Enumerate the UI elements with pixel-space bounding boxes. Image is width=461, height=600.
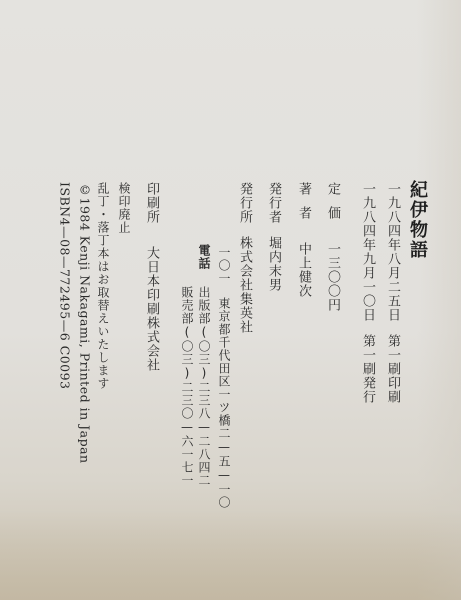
- publisher-name: 株式会社集英社: [237, 236, 252, 334]
- phone-editorial-label: 出版部: [197, 286, 211, 325]
- price-line: 定価一三〇〇円: [326, 182, 339, 312]
- first-print-date: 一九八四年八月二五日: [385, 182, 400, 322]
- author-label: 著者: [297, 182, 310, 230]
- publisher-label: 発行所: [237, 182, 252, 224]
- issuer-label: 発行者: [266, 182, 281, 224]
- printer-line: 印刷所大日本印刷株式会社: [145, 182, 158, 372]
- phone-editorial-number: (〇三)二三八—二八四二: [197, 325, 211, 487]
- publisher-line: 発行所株式会社集英社: [238, 182, 251, 334]
- phone-sales-label: 販売部: [180, 286, 194, 325]
- page-bottom-shadow: [0, 510, 461, 600]
- issuer-name: 堀内末男: [266, 236, 281, 292]
- copyright-notice: ©1984 Kenji Nakagami, Printed in Japan: [78, 182, 91, 464]
- issuer-line: 発行者堀内末男: [267, 182, 280, 292]
- phone-sales-number: (〇三)二三〇—六一七一: [180, 325, 194, 487]
- first-issue-label: 第一刷発行: [360, 334, 375, 404]
- author-name: 中上健次: [296, 242, 311, 298]
- first-issue-line: 一九八四年九月一〇日第一刷発行: [361, 182, 374, 404]
- price-label: 定価: [326, 182, 339, 230]
- address-line: 一〇一東京都千代田区一ツ橋二—五—一〇: [218, 246, 230, 509]
- first-print-line: 一九八四年八月二五日第一刷印刷: [386, 182, 399, 404]
- replacement-notice: 乱丁・落丁本はお取替えいたします: [97, 182, 109, 390]
- printer-name: 大日本印刷株式会社: [144, 246, 159, 372]
- no-stamp-notice: 検印廃止: [118, 182, 130, 234]
- first-issue-date: 一九八四年九月一〇日: [360, 182, 375, 322]
- price-value: 一三〇〇円: [325, 242, 340, 312]
- printer-label: 印刷所: [144, 182, 159, 224]
- phone-sales-line: 販売部(〇三)二三〇—六一七一: [181, 286, 193, 487]
- first-print-label: 第一刷印刷: [385, 334, 400, 404]
- book-title: 紀伊物語: [408, 180, 426, 260]
- address: 東京都千代田区一ツ橋二—五—一〇: [217, 297, 231, 509]
- author-line: 著者中上健次: [297, 182, 310, 298]
- postal-code: 一〇一: [217, 246, 231, 285]
- phone-label: 電話: [198, 244, 210, 270]
- phone-editorial-line: 出版部(〇三)二三八—二八四二: [198, 286, 210, 487]
- isbn: ISBN4—08—772495—6 C0093: [58, 182, 71, 390]
